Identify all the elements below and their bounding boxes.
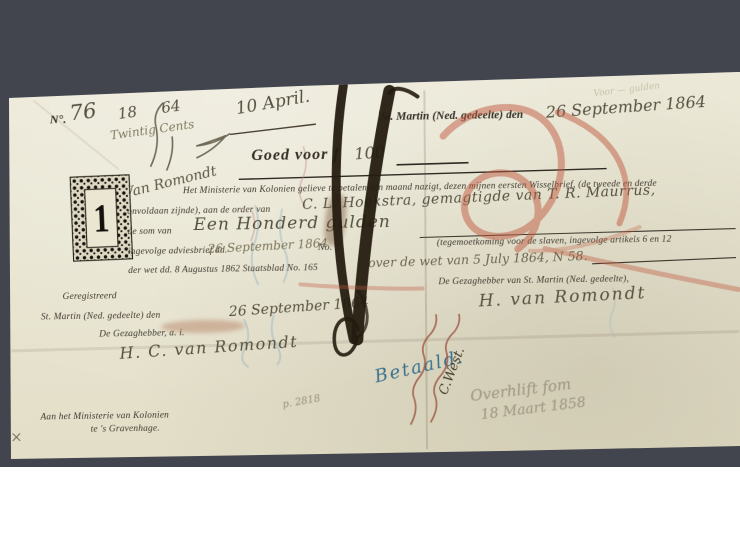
- ink-and-chalk-marks: [0, 0, 740, 468]
- photo-dark-mat: N°. 76 18 64 Twintig Cents 10 April. Van…: [0, 0, 740, 467]
- screenshot: N°. 76 18 64 Twintig Cents 10 April. Van…: [0, 0, 740, 557]
- document-content: N°. 76 18 64 Twintig Cents 10 April. Van…: [0, 0, 740, 468]
- document-paper: N°. 76 18 64 Twintig Cents 10 April. Van…: [0, 0, 740, 467]
